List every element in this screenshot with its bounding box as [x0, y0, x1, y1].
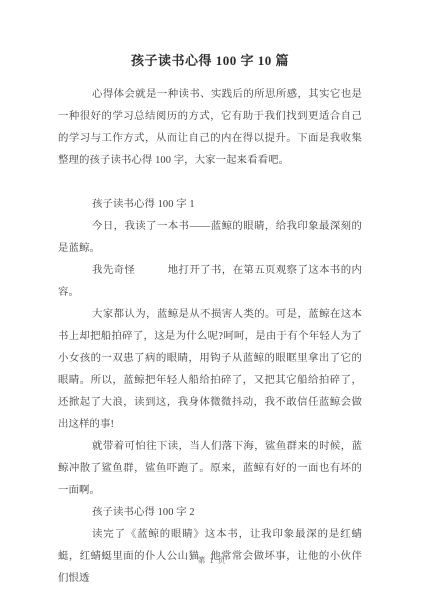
- page-content: 孩子读书心得 100 字 10 篇 心得体会就是一种读书、实践后的所思所感，其实…: [0, 0, 424, 590]
- document-page: 孩子读书心得 100 字 10 篇 心得体会就是一种读书、实践后的所思所感，其实…: [0, 0, 424, 600]
- paragraph: 我先奇怪 地打开了书，在第五页观察了这本书的内容。: [58, 260, 362, 304]
- document-body: 心得体会就是一种读书、实践后的所思所感，其实它也是一种很好的学习总结阅历的方式，…: [58, 84, 362, 590]
- paragraph: 大家都认为，蓝鲸是从不损害人类的。可是，蓝鲸在这本书上却把船拍碎了，这是为什么呢…: [58, 304, 362, 436]
- paragraph: 今日，我读了一本书——蓝鲸的眼睛，给我印象最深刻的是蓝鲸。: [58, 216, 362, 260]
- paragraph: 就带着可怕往下读，当人们落下海，鲨鱼群来的时候，蓝鲸冲散了鲨鱼群，鲨鱼吓跑了。原…: [58, 436, 362, 502]
- section-heading-2: 孩子读书心得 100 字 2: [58, 502, 362, 524]
- page-number: 第 1 页: [0, 555, 424, 566]
- document-title: 孩子读书心得 100 字 10 篇: [58, 50, 362, 72]
- section-heading-1: 孩子读书心得 100 字 1: [58, 194, 362, 216]
- intro-paragraph: 心得体会就是一种读书、实践后的所思所感，其实它也是一种很好的学习总结阅历的方式，…: [58, 84, 362, 172]
